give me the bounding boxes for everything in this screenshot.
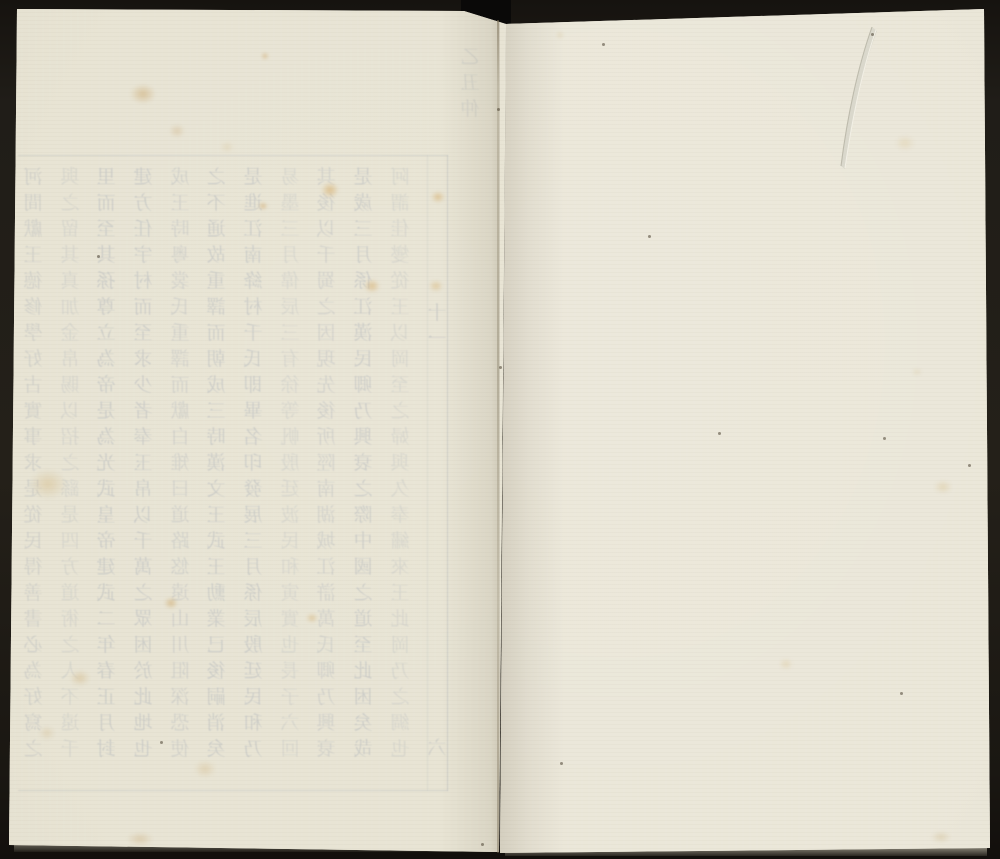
dust-speck — [560, 762, 563, 765]
dust-speck — [718, 432, 721, 435]
dust-speck — [900, 692, 903, 695]
dust-speck — [160, 741, 163, 744]
dust-speck — [499, 366, 502, 369]
book-spread-photo: 河間獻王德修學好古實事求是從民得善書必為好寫之與之留其真加金帛賜以招之繇是四方道… — [0, 0, 1000, 859]
dust-speck — [968, 464, 971, 467]
dust-speck — [883, 437, 886, 440]
dust-speck — [648, 235, 651, 238]
dust-speck — [871, 33, 874, 36]
dust-speck — [602, 43, 605, 46]
dust-speck — [97, 255, 100, 258]
dust-speck — [497, 108, 500, 111]
dust-speck — [481, 843, 484, 846]
center-fold-line — [497, 20, 499, 853]
